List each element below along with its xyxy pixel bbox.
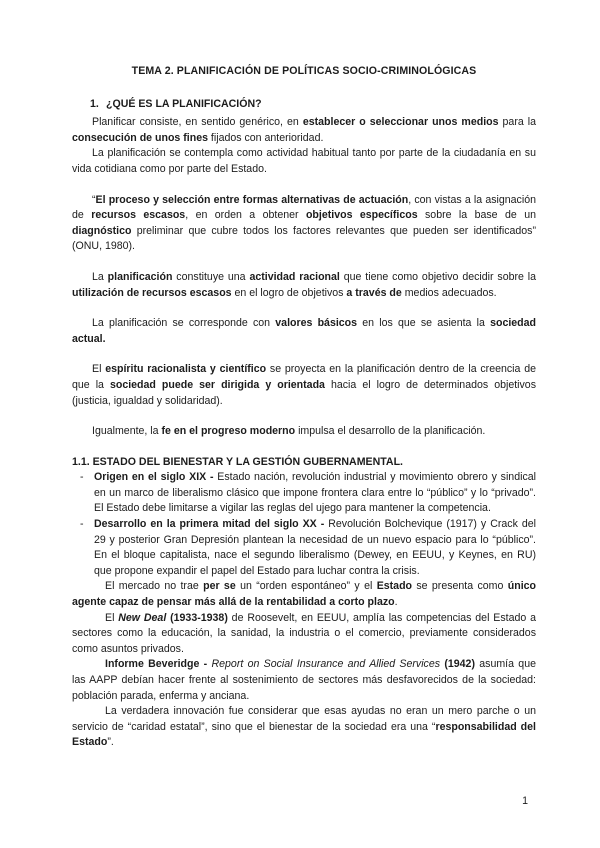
- document-body: 1.¿QUÉ ES LA PLANIFICACIÓN?Planificar co…: [72, 97, 536, 751]
- text-run: El mercado no trae: [105, 580, 203, 592]
- sub-paragraph: Informe Beveridge - Report on Social Ins…: [72, 657, 536, 704]
- text-run: que tiene como objetivo decidir sobre la: [340, 271, 536, 283]
- text-run: diagnóstico: [72, 225, 131, 237]
- text-run: utilización de recursos escasos: [72, 287, 232, 299]
- text-run: impulsa el desarrollo de la planificació…: [295, 425, 485, 437]
- text-run: 1.1. ESTADO DEL BIENESTAR Y LA GESTIÓN G…: [72, 456, 403, 468]
- page-number: 1: [522, 794, 528, 810]
- text-run: El proceso y selección entre formas alte…: [96, 194, 409, 206]
- text-run: ”.: [107, 736, 113, 748]
- paragraph: La planificación constituye una activida…: [72, 270, 536, 301]
- document-title: TEMA 2. PLANIFICACIÓN DE POLÍTICAS SOCIO…: [72, 64, 536, 80]
- text-run: Igualmente, la: [92, 425, 162, 437]
- section-heading: 1.¿QUÉ ES LA PLANIFICACIÓN?: [72, 97, 536, 113]
- sub-paragraph: La verdadera innovación fue considerar q…: [72, 704, 536, 751]
- subsection-heading: 1.1. ESTADO DEL BIENESTAR Y LA GESTIÓN G…: [72, 455, 536, 471]
- text-run: La: [92, 271, 108, 283]
- text-run: sociedad puede ser dirigida y orientada: [110, 379, 325, 391]
- sub-paragraph: El New Deal (1933-1938) de Roosevelt, en…: [72, 611, 536, 658]
- text-run: en el logro de objetivos: [232, 287, 347, 299]
- text-run: constituye una: [172, 271, 249, 283]
- text-run: recursos escasos: [91, 209, 185, 221]
- text-run: en los que se asienta la: [357, 317, 490, 329]
- heading-number: 1.: [90, 97, 106, 113]
- paragraph: Planificar consiste, en sentido genérico…: [72, 115, 536, 146]
- text-run: se presenta como: [412, 580, 508, 592]
- sub-paragraph: El mercado no trae per se un “orden espo…: [72, 579, 536, 610]
- text-run: espíritu racionalista y científico: [105, 363, 266, 375]
- text-run: medios adecuados.: [402, 287, 497, 299]
- text-run: Planificar consiste, en sentido genérico…: [92, 116, 303, 128]
- text-run: (1933-1938): [170, 612, 228, 624]
- text-run: El: [105, 612, 118, 624]
- text-run: Informe Beveridge -: [105, 658, 207, 670]
- text-run: sobre la base de un: [418, 209, 536, 221]
- text-run: objetivos específicos: [306, 209, 418, 221]
- paragraph: El espíritu racionalista y científico se…: [72, 362, 536, 409]
- text-run: Origen en el siglo XIX -: [94, 471, 214, 483]
- paragraph: La planificación se contempla como activ…: [72, 146, 536, 177]
- text-run: New Deal: [118, 612, 166, 624]
- text-run: El: [92, 363, 105, 375]
- paragraph: “El proceso y selección entre formas alt…: [72, 193, 536, 255]
- text-run: fe en el progreso moderno: [162, 425, 296, 437]
- text-run: .: [395, 596, 398, 608]
- bullet-dash: -: [80, 517, 84, 533]
- text-run: preliminar que cubre todos los factores …: [72, 225, 536, 253]
- text-run: planificación: [108, 271, 173, 283]
- text-run: Desarrollo en la primera mitad del siglo…: [94, 518, 324, 530]
- paragraph: Igualmente, la fe en el progreso moderno…: [72, 424, 536, 440]
- bullet-item: -Origen en el siglo XIX - Estado nación,…: [72, 470, 536, 517]
- bullet-dash: -: [80, 470, 84, 486]
- text-run: establecer o seleccionar unos medios: [303, 116, 499, 128]
- text-run: per se: [203, 580, 236, 592]
- text-run: consecución de unos fines: [72, 132, 208, 144]
- text-run: La planificación se corresponde con: [92, 317, 275, 329]
- text-run: a través de: [346, 287, 401, 299]
- text-run: un “orden espontáneo” y el: [236, 580, 377, 592]
- text-run: ¿QUÉ ES LA PLANIFICACIÓN?: [106, 98, 262, 110]
- text-run: La planificación se contempla como activ…: [72, 147, 536, 175]
- text-run: Estado: [377, 580, 412, 592]
- text-run: , en orden a obtener: [185, 209, 306, 221]
- text-run: Report on Social Insurance and Allied Se…: [212, 658, 441, 670]
- text-run: para la: [499, 116, 537, 128]
- text-run: (1942): [444, 658, 475, 670]
- text-run: actividad racional: [249, 271, 339, 283]
- text-run: fijados con anterioridad.: [208, 132, 323, 144]
- paragraph: La planificación se corresponde con valo…: [72, 316, 536, 347]
- document-page: TEMA 2. PLANIFICACIÓN DE POLÍTICAS SOCIO…: [0, 0, 600, 848]
- bullet-item: -Desarrollo en la primera mitad del sigl…: [72, 517, 536, 579]
- text-run: valores básicos: [275, 317, 357, 329]
